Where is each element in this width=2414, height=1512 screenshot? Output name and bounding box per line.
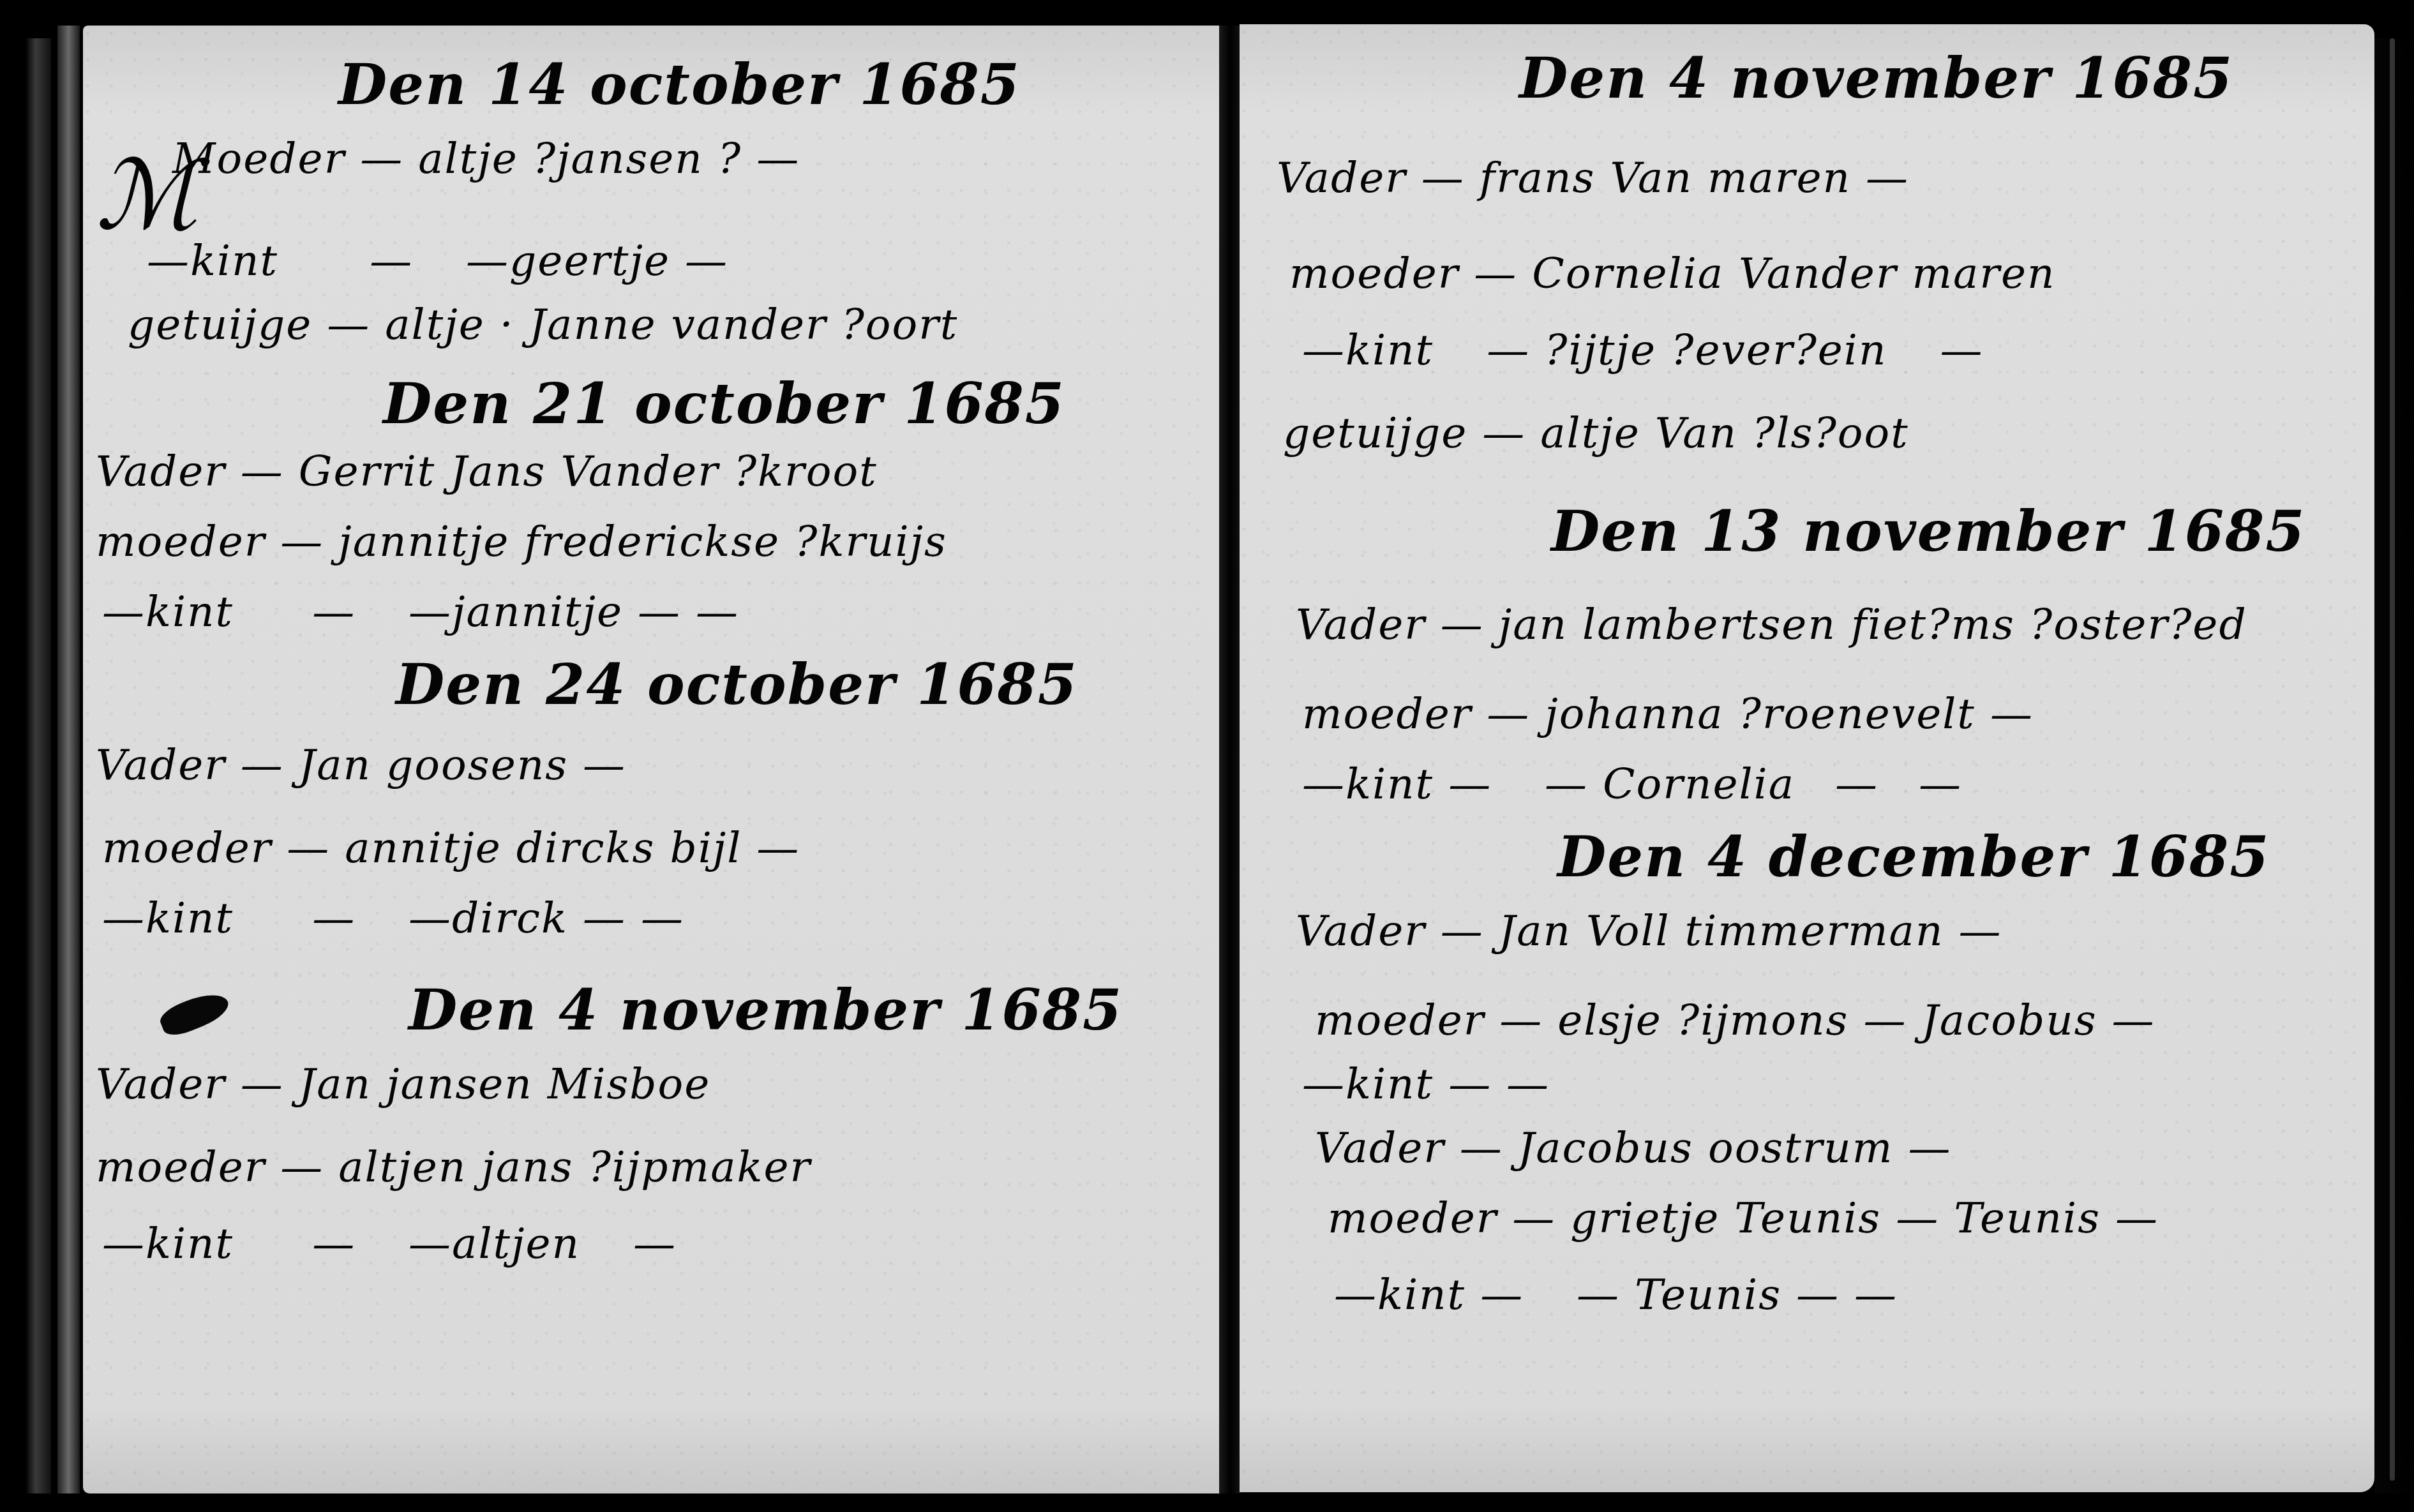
role-label: kint [1377,1270,1466,1319]
role-label: kint [146,1219,234,1268]
role-label: kint [1346,760,1434,809]
margin-capital-m: ℳ [96,140,198,251]
dash: — [1302,1059,1346,1109]
dash: — [102,1219,146,1268]
entry-row: moeder — johanna ?roenevelt — [1302,689,2034,738]
dash: — [2115,1194,2159,1243]
trailing-name: Teunis [1954,1194,2101,1243]
dash: — [756,134,800,183]
entry-row: Vader — Gerrit Jans Vander ?kroot [96,447,878,496]
dash: — [241,447,284,496]
role-label: kint [1346,1059,1434,1109]
entry-row: —kint — ?ijtje ?ever?ein — [1302,326,1983,375]
dash: — [280,517,324,566]
dash: — [1908,1123,1951,1172]
entry-row: Vader — Jan jansen Misboe [96,1059,710,1109]
name-value: Jacobus oostrum [1518,1123,1894,1172]
name-value: annitje dircks bijl [345,823,742,872]
dash: — [409,894,452,943]
dash: — [1460,1123,1503,1172]
dash: — [1863,996,1907,1045]
dash: — [641,894,684,943]
dash: — [1919,760,1962,809]
name-value: elsje ?ijmons [1557,996,1848,1045]
role-label: moeder [1315,996,1485,1045]
dash: — [1545,760,1588,809]
entry-row: Vader — frans Van maren — [1277,153,1909,202]
dash: — [287,823,330,872]
dash: — [327,300,370,349]
role-label: kint [1346,326,1434,375]
dash: — [466,236,509,285]
entry-row: moeder — Cornelia Vander maren [1289,249,2055,298]
dash: — [1448,1059,1492,1109]
entry-row: —kint — —altjen — [102,1219,677,1268]
entry-row: moeder — elsje ?ijmons — Jacobus — [1315,996,2155,1045]
dash: — [583,894,626,943]
role-label: Vader [96,447,226,496]
dash: — [1796,1270,1840,1319]
name-value: Cornelia [1603,760,1795,809]
role-label: kint [146,587,234,636]
dash: — [1448,760,1492,809]
dash: — [2112,996,2155,1045]
dash: — [102,894,146,943]
name-value: jannitje frederickse ?kruijs [338,517,947,566]
role-label: kint [146,894,234,943]
dash: — [696,587,739,636]
entry-row: moeder — altjen jans ?ijpmaker [96,1142,811,1192]
name-value: jan lambertsen fiet?ms ?oster?ed [1499,600,2247,649]
dash: — [409,587,452,636]
role-label: getuijge [128,300,312,349]
entry-date: Den 4 december 1685 [1557,823,2270,890]
name-value: frans Van maren [1480,153,1851,202]
dash: — [1940,326,1983,375]
entry-row: Vader — Jan Voll timmerman — [1296,906,2002,955]
dash: — [1577,1270,1620,1319]
dash: — [1302,326,1346,375]
dash: — [1421,153,1465,202]
dash: — [312,587,356,636]
dash: — [241,1059,284,1109]
dash: — [1441,600,1484,649]
dash: — [280,1142,324,1192]
entry-row: getuijge — altje · Janne vander ?oort [128,300,958,349]
dash: — [312,894,356,943]
dash: — [360,134,403,183]
name-value: Jan jansen Misboe [299,1059,711,1109]
entry-row: moeder — jannitje frederickse ?kruijs [96,517,947,566]
book-binding-edge-inner [57,26,80,1493]
role-label: Vader [1296,600,1426,649]
entry-date: Den 4 november 1685 [1519,45,2233,111]
name-value: altjen jans ?ijpmaker [338,1142,811,1192]
role-label: Vader [1296,906,1426,955]
role-label: getuijge [1283,408,1467,458]
entry-row: —kint — —geertje — [147,236,728,285]
dash: — [685,236,728,285]
book-right-edge [2374,38,2414,1493]
entry-date: Den 24 october 1685 [396,651,1078,717]
entry-date: Den 4 november 1685 [409,977,1123,1043]
name-value: altje ?jansen ? [418,134,742,183]
dash: — [756,823,800,872]
name-value: Cornelia Vander maren [1532,249,2055,298]
dash: — [102,587,146,636]
book-binding-edge [26,38,51,1493]
entry-date: Den 21 october 1685 [383,370,1065,437]
role-label: Vader [96,1059,226,1109]
entry-row: Vader — Jan goosens — [96,740,626,790]
entry-row: moeder — grietje Teunis — Teunis — [1328,1194,2159,1243]
dash: — [1506,1059,1550,1109]
entry-row: Moeder — altje ?jansen ? — [172,134,800,183]
name-value: dirck [452,894,568,943]
role-label: Vader [96,740,226,790]
name-value: altje Van ?ls?oot [1540,408,1909,458]
dash: — [241,740,284,790]
role-label: moeder [1302,689,1472,738]
dash: — [409,1219,452,1268]
dash: — [1487,326,1530,375]
role-label: moeder [1328,1194,1497,1243]
dash: — [312,1219,356,1268]
dash: — [633,1219,677,1268]
name-value: grietje Teunis [1570,1194,1881,1243]
dash: — [1854,1270,1898,1319]
name-value: ?ijtje ?ever?ein [1545,326,1887,375]
dash: — [1482,408,1526,458]
name-value: jannitje [452,587,623,636]
entry-row: —kint — —dirck — — [102,894,684,943]
entry-row: —kint — —jannitje — — [102,587,739,636]
entry-row: Vader — jan lambertsen fiet?ms ?oster?ed [1296,600,2247,649]
role-label: moeder [102,823,272,872]
entry-date: Den 13 november 1685 [1551,498,2305,564]
role-label: Vader [1277,153,1407,202]
dash: — [1896,1194,1939,1243]
book-gutter [1219,26,1241,1493]
entry-row: moeder — annitje dircks bijl — [102,823,800,872]
dash: — [1499,996,1543,1045]
role-label: Vader [1315,1123,1445,1172]
role-label: Moeder [172,134,345,183]
dash: — [1990,689,2034,738]
dash: — [1835,760,1878,809]
dash: — [1480,1270,1524,1319]
entry-date: Den 14 october 1685 [338,51,1021,117]
dash: — [1334,1270,1377,1319]
name-value: altjen [452,1219,580,1268]
dash: — [1302,760,1346,809]
dash: — [1474,249,1517,298]
dash: — [1958,906,2002,955]
role-label: moeder [96,1142,266,1192]
entry-row: getuijge — altje Van ?ls?oot [1283,408,1909,458]
dash: — [1487,689,1530,738]
name-value: Teunis [1635,1270,1781,1319]
name-value: Jan goosens [299,740,568,790]
role-label: kint [190,236,278,285]
entry-row: —kint — — Teunis — — [1334,1270,1898,1319]
dash: — [1512,1194,1556,1243]
entry-row: —kint — — Cornelia — — [1302,760,1962,809]
name-value: altje · Janne vander ?oort [385,300,958,349]
role-label: moeder [96,517,266,566]
dash: — [1441,906,1484,955]
name-value: Jan Voll timmerman [1499,906,1944,955]
name-value: Gerrit Jans Vander ?kroot [299,447,878,496]
name-value: geertje [509,236,670,285]
trailing-name: Jacobus [1921,996,2097,1045]
entry-row: Vader — Jacobus oostrum — [1315,1123,1951,1172]
entry-row: —kint — — [1302,1059,1550,1109]
dash: — [1866,153,1909,202]
dash: — [370,236,413,285]
dash: — [638,587,681,636]
name-value: johanna ?roenevelt [1545,689,1975,738]
role-label: moeder [1289,249,1459,298]
dash: — [583,740,626,790]
